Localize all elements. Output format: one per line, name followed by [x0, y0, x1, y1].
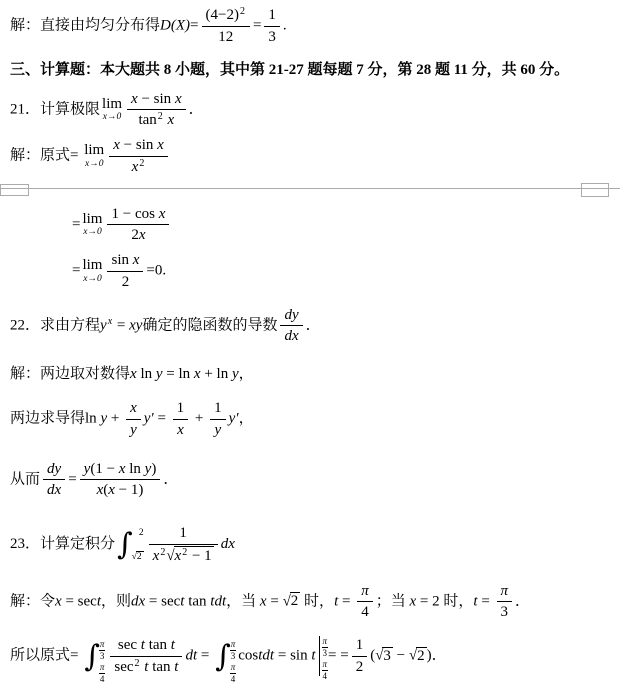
fraction: 1x2√x2 − 1	[149, 524, 218, 566]
cjk-text: 当	[241, 593, 260, 609]
limit-block: limx→0	[84, 143, 104, 169]
math-variable: x	[108, 482, 115, 498]
math-text: (1 −	[90, 461, 118, 477]
math-variable: x	[194, 366, 201, 382]
integral-upper-bound: 2	[139, 528, 144, 538]
math-function: sec	[118, 637, 141, 653]
fraction: (4−2)212	[202, 6, 250, 47]
superscript: 2	[181, 547, 188, 558]
fraction-denominator: 3	[230, 651, 237, 662]
radicand: 3	[382, 647, 393, 665]
integral-lower-bound: √2	[132, 551, 144, 562]
fraction: dydx	[43, 460, 65, 501]
math-function: sin	[290, 648, 311, 664]
math-operator: =	[478, 593, 494, 609]
tiny-fraction: π3	[99, 639, 106, 662]
math-operator: =	[338, 593, 354, 609]
tiny-fraction: π4	[230, 662, 237, 685]
math-function: sin	[111, 252, 132, 268]
fraction-numerator: 1	[210, 399, 226, 420]
integral-upper-bound: π3	[230, 639, 237, 662]
fraction-numerator: sin x	[107, 251, 143, 272]
superscript: 2	[157, 111, 164, 122]
page-break-rule	[0, 181, 620, 197]
fraction: x − sin xx2	[109, 136, 168, 177]
math-number: 2	[131, 227, 139, 243]
integral-bounds: π3π4	[230, 639, 237, 673]
radicand: x2 − 1	[174, 546, 214, 566]
cjk-text: 求由方程	[40, 317, 100, 333]
fraction: sin x2	[107, 251, 143, 292]
radicand: 2	[416, 647, 427, 665]
fraction-denominator: sec2 t tan t	[110, 657, 182, 677]
fraction-denominator: x2	[109, 157, 168, 177]
superscript: x	[107, 316, 113, 327]
math-variable: x	[260, 593, 267, 609]
fraction: xy	[126, 399, 141, 440]
math-variable: y	[156, 366, 163, 382]
question-22-line: 22．求由方程yx = xy确定的隐函数的导数dydx．	[0, 306, 620, 347]
fraction: π4	[357, 582, 373, 623]
fraction: y(1 − x ln y)x(x − 1)	[80, 460, 161, 501]
fraction-numerator: π	[322, 636, 329, 648]
math-function: tan	[148, 659, 174, 675]
math-function: tan	[138, 112, 156, 128]
cjk-text: ，则	[101, 593, 131, 609]
fraction: 12	[352, 636, 368, 677]
fraction: x − sin xtan2 x	[127, 90, 186, 131]
math-operator: = ln	[163, 366, 194, 382]
solution-23-substitution: 解：令x = sect，则dx = sect tan tdt，当 x = √2 …	[0, 582, 620, 623]
integral-upper-bound: π3	[99, 639, 106, 662]
period: ．	[306, 317, 321, 333]
math-operator: −	[393, 648, 409, 664]
limit-label: lim	[84, 143, 104, 159]
cjk-text: 时，	[300, 593, 334, 609]
math-function: ln	[85, 411, 100, 427]
math-variable: dt	[185, 648, 197, 664]
integral-bounds: π3π4	[99, 639, 106, 673]
fraction: 1y	[210, 399, 226, 440]
superscript: 2	[134, 658, 141, 669]
solution-21-step-2: =limx→01 − cos x2x	[0, 205, 620, 246]
solution-22-step-1: 解：两边取对数得x ln y = ln x + ln y，	[0, 362, 620, 383]
cjk-text: 所以原式=	[10, 648, 82, 664]
fraction-numerator: y(1 − x ln y)	[80, 460, 161, 481]
fraction-numerator: 1 − cos x	[107, 205, 169, 226]
section-heading: 三、计算题：本大题共 8 小题，其中第 21-27 题每题 7 分，第 28 题…	[0, 59, 620, 82]
solution-line-uniform-distribution: 解：直接由均匀分布得D(X)=(4−2)212=13.	[0, 6, 620, 47]
math-variable: x	[55, 593, 62, 609]
math-function: − sin	[120, 137, 157, 153]
fraction-denominator: dx	[43, 480, 65, 500]
math-operator: =	[253, 18, 261, 34]
math-variable: x	[131, 91, 138, 107]
fraction-denominator: x	[173, 420, 189, 440]
integral-sign: ∫	[117, 531, 133, 558]
fraction-denominator: y	[210, 420, 226, 440]
jie-label: 解：原式=	[10, 148, 82, 164]
fraction-numerator: π	[230, 639, 237, 651]
comma: ，	[239, 411, 254, 427]
math-variable: x	[133, 252, 140, 268]
fraction-denominator: 4	[99, 674, 106, 685]
jie-label: 解：两边取对数得	[10, 366, 130, 382]
comma: ，	[226, 593, 241, 609]
fraction-denominator: 4	[230, 674, 237, 685]
fraction-denominator: 12	[202, 27, 250, 47]
fraction-denominator: dx	[280, 326, 302, 346]
jie-label: 解：	[10, 18, 40, 34]
math-function: ln	[125, 461, 144, 477]
limit-block: limx→0	[102, 97, 122, 123]
math-variable: tdt	[210, 593, 226, 609]
math-function: − sin	[138, 91, 175, 107]
fraction-numerator: π	[357, 582, 373, 603]
document-page: 解：直接由均匀分布得D(X)=(4−2)212=13. 三、计算题：本大题共 8…	[0, 0, 620, 691]
question-number: 22．	[10, 317, 40, 333]
fraction: dydx	[280, 306, 302, 347]
integral: ∫π3π4	[215, 639, 236, 673]
question-number: 23．	[10, 536, 40, 552]
math-function: = sec	[145, 593, 180, 609]
limit-block: limx→0	[82, 212, 102, 238]
tiny-fraction: π4	[99, 662, 106, 685]
math-function: = sec	[62, 593, 97, 609]
integral: ∫2√2	[117, 528, 144, 562]
fraction: 1 − cos x2x	[107, 205, 169, 246]
cjk-text: 从而	[10, 471, 40, 487]
math-operator: =	[267, 593, 283, 609]
math-operator: =	[113, 317, 129, 333]
cjk-text: ；当	[376, 593, 410, 609]
math-operator: =	[197, 648, 213, 664]
integral-sign: ∫	[215, 643, 231, 670]
math-variable: xy	[129, 317, 142, 333]
math-operator: =	[68, 471, 76, 487]
fraction-denominator: 3	[264, 27, 280, 47]
fraction: 1x	[173, 399, 189, 440]
fraction-numerator: π	[99, 639, 106, 651]
limit-subscript: x→0	[102, 112, 122, 122]
math-variable: y′	[144, 411, 154, 427]
math-variable: t	[311, 648, 315, 664]
solution-21-step-3: =limx→0sin x2=0.	[0, 251, 620, 292]
math-variable: dx	[131, 593, 145, 609]
fraction-numerator: π	[230, 662, 237, 674]
math-operator: = =	[328, 648, 349, 664]
tiny-fraction: π3	[230, 639, 237, 662]
math-variable: x	[157, 137, 164, 153]
math-text: )	[151, 461, 156, 477]
math-variable: x	[113, 137, 120, 153]
question-23-line: 23．计算定积分∫2√21x2√x2 − 1dx	[0, 524, 620, 566]
fraction-denominator: x(x − 1)	[80, 480, 161, 500]
superscript: 2	[239, 6, 246, 17]
jie-label: 解：令	[10, 593, 55, 609]
math-variable: x	[159, 206, 166, 222]
math-variable: D(X)	[160, 18, 190, 34]
period: ．	[163, 471, 178, 487]
cjk-text: 两边求导得	[10, 411, 85, 427]
math-function: 1 − cos	[111, 206, 158, 222]
fraction-denominator: 4	[322, 671, 329, 682]
fraction-numerator: x	[126, 399, 141, 420]
comma: ，	[239, 366, 254, 382]
period: ．	[189, 101, 204, 117]
fraction-denominator: tan2 x	[127, 110, 186, 130]
cjk-text: 时，	[440, 593, 474, 609]
solution-23-result: 所以原式= ∫π3π4sec t tan tsec2 t tan tdt = ∫…	[0, 636, 620, 677]
fraction-numerator: dy	[280, 306, 302, 327]
math-operator: = 2	[416, 593, 439, 609]
math-function: tan	[145, 637, 171, 653]
fraction-denominator: 4	[357, 602, 373, 622]
math-variable: dx	[221, 536, 235, 552]
math-operator: =	[154, 411, 170, 427]
fraction-numerator: (4−2)2	[202, 6, 250, 27]
limit-subscript: x→0	[82, 274, 102, 284]
fraction-denominator: 2	[107, 272, 143, 292]
cjk-text: 计算极限	[40, 101, 100, 117]
fraction: sec t tan tsec2 t tan t	[110, 636, 182, 677]
limit-subscript: x→0	[82, 227, 102, 237]
fraction-numerator: π	[99, 662, 106, 674]
math-function: tan	[184, 593, 210, 609]
integral-sign: ∫	[84, 643, 100, 670]
math-variable: tdt	[258, 648, 274, 664]
fraction: 13	[264, 6, 280, 47]
math-operator: +	[191, 411, 207, 427]
radicand: 2	[290, 592, 301, 610]
period: ．	[432, 648, 447, 664]
question-21-line: 21．计算极限limx→0x − sin xtan2 x．	[0, 90, 620, 131]
solution-21-step-1: 解：原式= limx→0x − sin xx2	[0, 136, 620, 177]
math-operator: +	[107, 411, 123, 427]
fraction-denominator: x2√x2 − 1	[149, 545, 218, 566]
math-operator: =	[72, 216, 80, 232]
math-variable: y	[232, 366, 239, 382]
fraction-numerator: x − sin x	[127, 90, 186, 111]
math-variable: x	[164, 112, 174, 128]
math-operator: =	[274, 648, 290, 664]
integral-bounds: 2√2	[132, 528, 144, 562]
math-variable: x	[139, 227, 146, 243]
period: .	[283, 18, 287, 34]
math-function: ln	[137, 366, 156, 382]
fraction-denominator: y	[126, 420, 141, 440]
math-text: (4−2)	[206, 7, 239, 23]
math-variable: t	[171, 637, 175, 653]
math-operator: =	[190, 18, 198, 34]
limit-label: lim	[102, 97, 122, 113]
fraction-numerator: 1	[149, 524, 218, 545]
math-variable: y	[100, 317, 107, 333]
cjk-text: 计算定积分	[40, 536, 115, 552]
math-function: sec	[114, 659, 133, 675]
math-function: cos	[238, 648, 258, 664]
integral-lower-bound: π4	[230, 662, 237, 685]
limit-subscript: x→0	[84, 159, 104, 169]
solution-22-step-2: 两边求导得ln y + xyy′ = 1x + 1yy′，	[0, 399, 620, 440]
radicand: 2	[136, 551, 144, 562]
page-break-right-marker	[581, 183, 609, 197]
limit-label: lim	[82, 212, 102, 228]
superscript: 2	[159, 547, 166, 558]
math-text: − 1)	[115, 482, 143, 498]
fraction-numerator: π	[497, 582, 513, 603]
cjk-text: 直接由均匀分布得	[40, 18, 160, 34]
evaluation-bar: π3π4	[319, 636, 329, 676]
fraction-numerator: 1	[264, 6, 280, 27]
cjk-text: 确定的隐函数的导数	[142, 317, 277, 333]
period: ．	[515, 593, 530, 609]
fraction-denominator: 3	[497, 602, 513, 622]
math-variable: y′	[229, 411, 239, 427]
page-break-left-marker	[0, 184, 29, 196]
fraction-denominator: 2x	[107, 225, 169, 245]
fraction: π3	[497, 582, 513, 623]
question-number: 21．	[10, 101, 40, 117]
integral: ∫π3π4	[84, 639, 105, 673]
fraction-denominator: 2	[352, 657, 368, 677]
fraction-numerator: 1	[352, 636, 368, 657]
math-result: =0.	[146, 263, 166, 279]
limit-block: limx→0	[82, 258, 102, 284]
math-variable: x	[130, 366, 137, 382]
math-variable: x	[175, 91, 182, 107]
math-text: − 1	[188, 548, 211, 564]
fraction-numerator: 1	[173, 399, 189, 420]
fraction-numerator: dy	[43, 460, 65, 481]
limit-label: lim	[82, 258, 102, 274]
fraction-numerator: sec t tan t	[110, 636, 182, 657]
integral-lower-bound: π4	[99, 662, 106, 685]
superscript: 2	[138, 158, 145, 169]
solution-22-result: 从而dydx=y(1 − x ln y)x(x − 1)．	[0, 460, 620, 501]
math-operator: + ln	[201, 366, 232, 382]
fraction-numerator: x − sin x	[109, 136, 168, 157]
math-variable: t	[174, 659, 178, 675]
fraction-denominator: 3	[99, 651, 106, 662]
math-operator: =	[72, 263, 80, 279]
page-break-line	[0, 188, 620, 189]
